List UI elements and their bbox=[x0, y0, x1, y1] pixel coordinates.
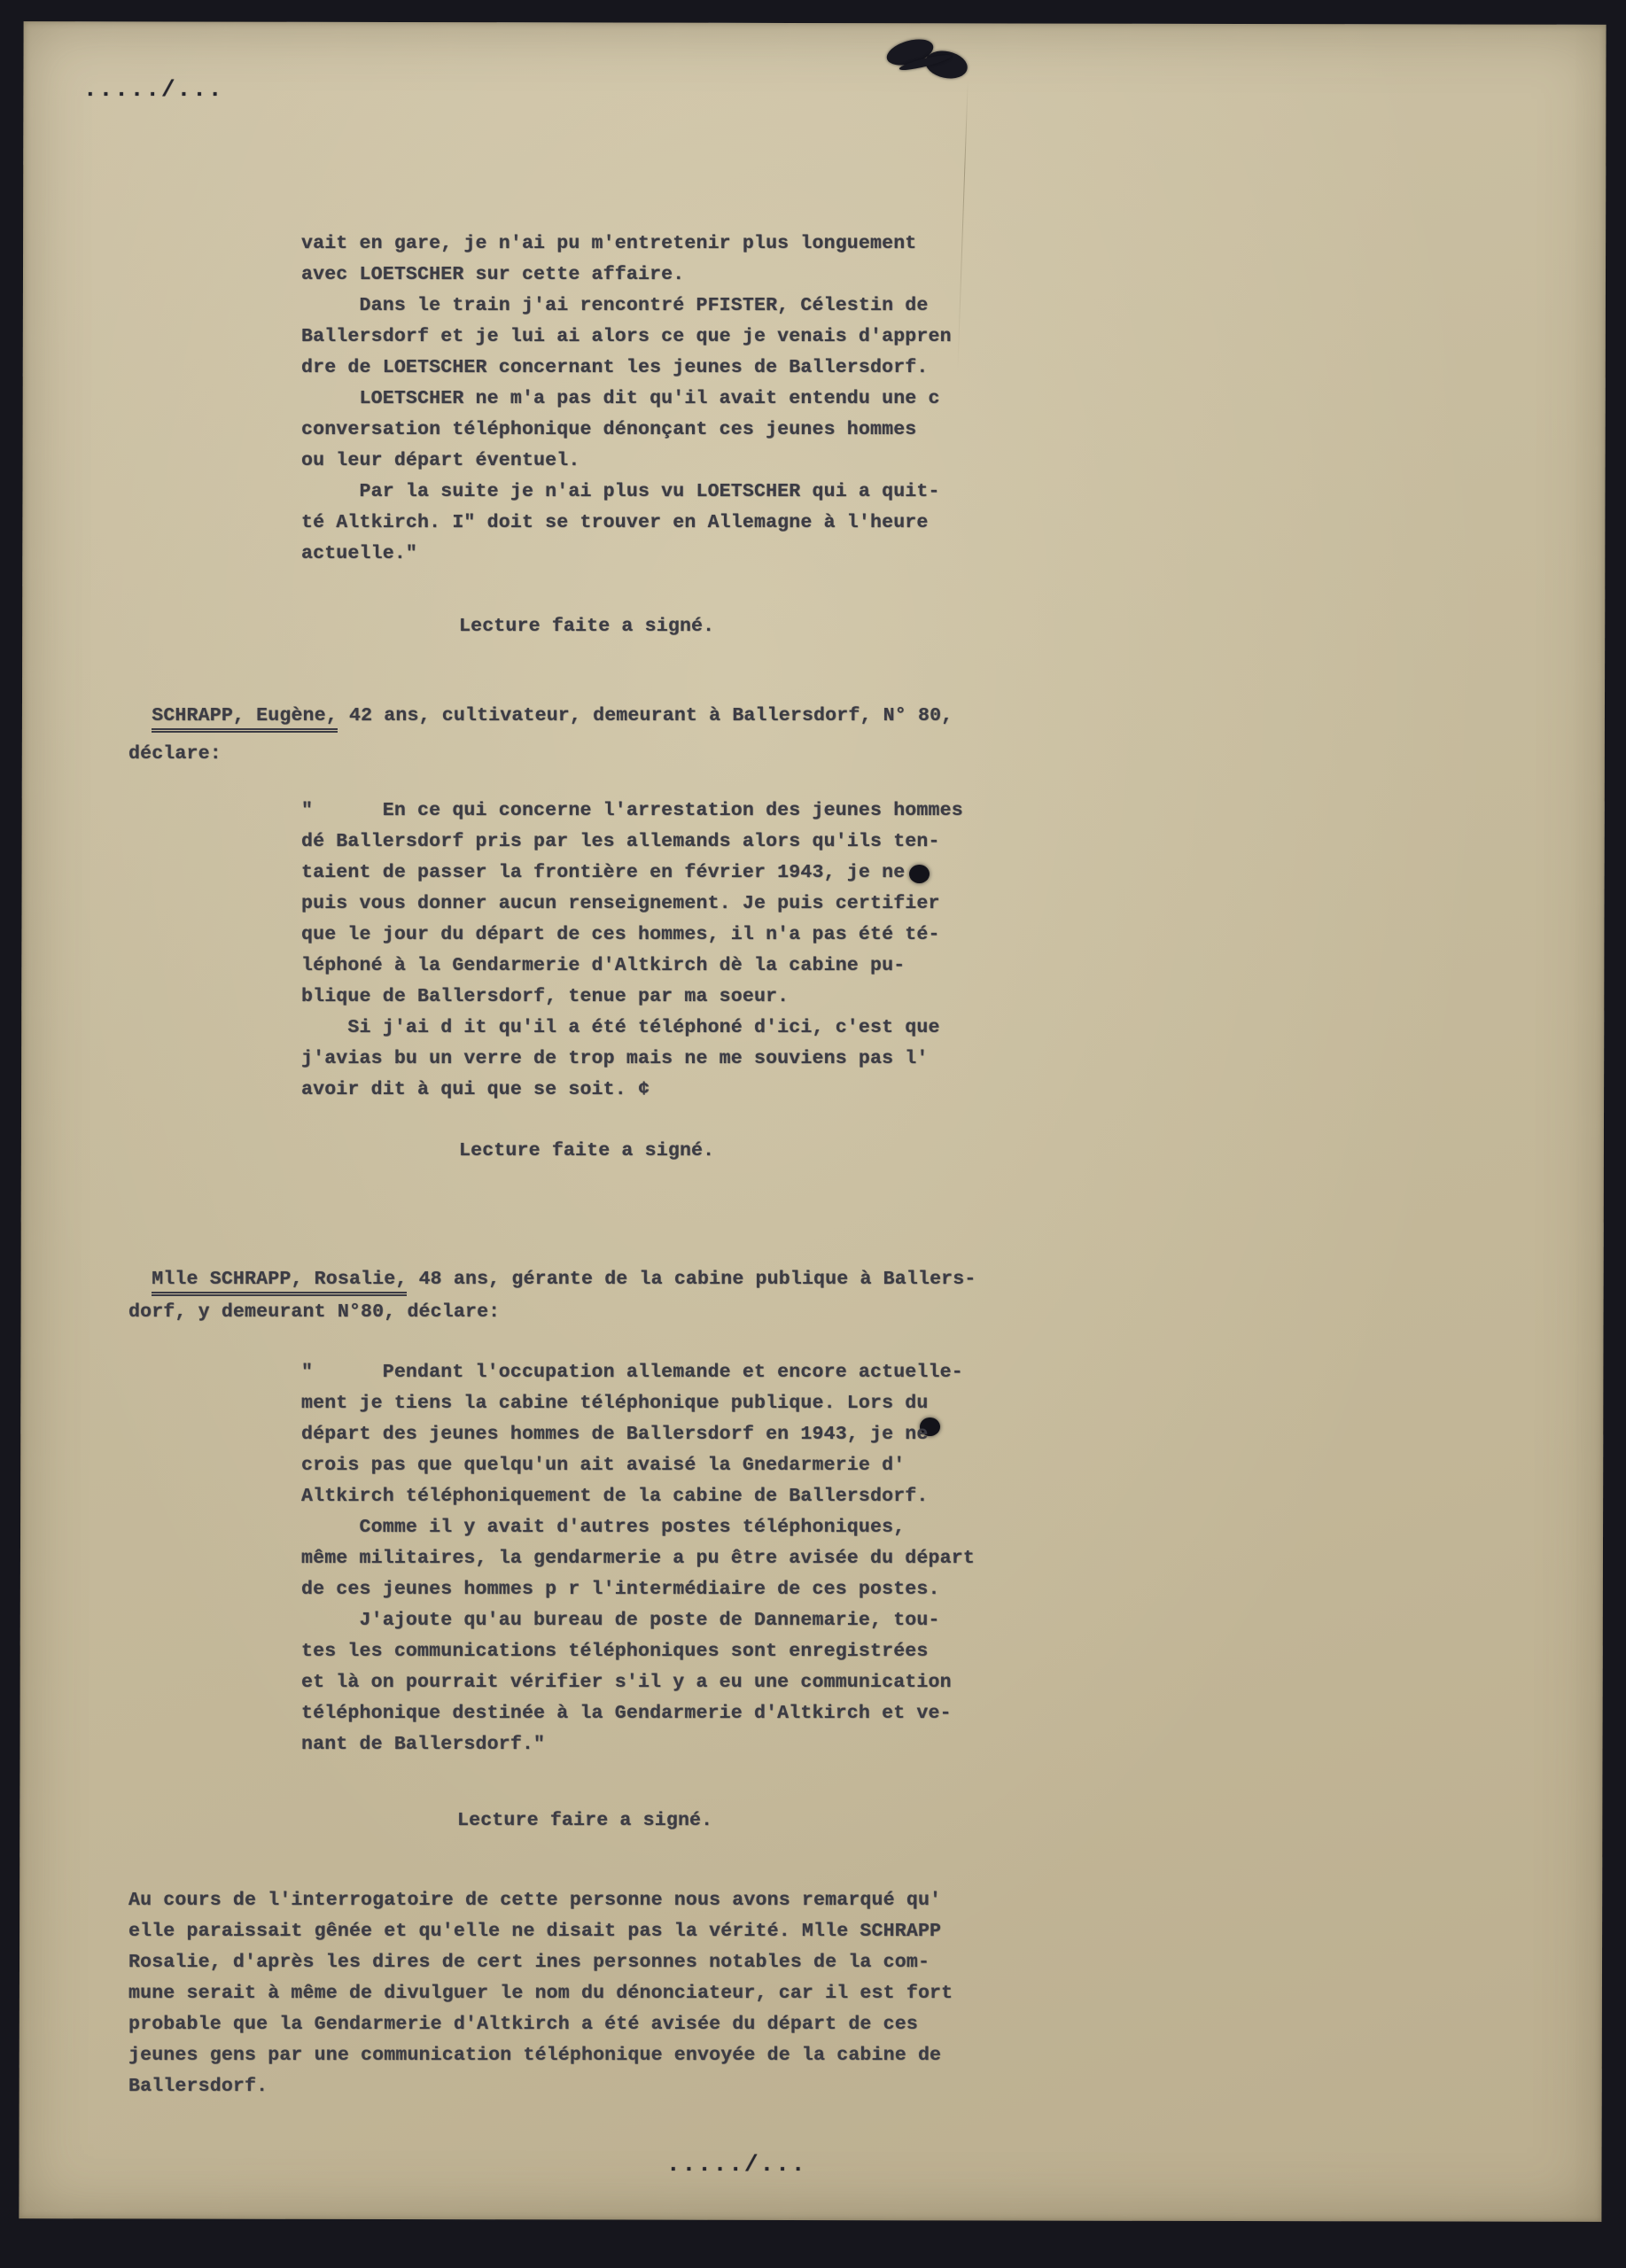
witness-rosalie-name: Mlle SCHRAPP, Rosalie, bbox=[152, 1269, 407, 1296]
text-line: et là on pourrait vérifier s'il y a eu u… bbox=[301, 1667, 975, 1698]
signature-line-3: Lecture faire a signé. bbox=[457, 1806, 712, 1837]
witness-eugene-name: SCHRAPP, Eugène, bbox=[152, 705, 338, 733]
continuation-mark-bottom: ...../... bbox=[666, 2151, 806, 2178]
text-line: elle paraissait gênée et qu'elle ne disa… bbox=[128, 1916, 953, 1947]
text-line: taient de passer la frontière en février… bbox=[301, 858, 963, 889]
witness-rosalie-heading-line2: dorf, y demeurant N°80, déclare: bbox=[128, 1297, 500, 1328]
text-line: que le jour du départ de ces hommes, il … bbox=[301, 920, 963, 951]
text-line: de ces jeunes hommes p r l'intermédiaire… bbox=[301, 1574, 975, 1605]
text-line: " Pendant l'occupation allemande et enco… bbox=[301, 1357, 975, 1388]
text-line: vait en gare, je n'ai pu m'entretenir pl… bbox=[301, 229, 952, 260]
witness-rosalie-heading: Mlle SCHRAPP, Rosalie, 48 ans, gérante d… bbox=[128, 1233, 976, 1295]
text-line: LOETSCHER ne m'a pas dit qu'il avait ent… bbox=[301, 384, 952, 415]
witness-rosalie-details: 48 ans, gérante de la cabine publique à … bbox=[407, 1269, 976, 1290]
text-line: j'avias bu un verre de trop mais ne me s… bbox=[301, 1044, 963, 1075]
text-line: Ballersdorf. bbox=[128, 2071, 953, 2102]
text-line: actuelle." bbox=[301, 539, 952, 570]
text-line: crois pas que quelqu'un ait avaisé la Gn… bbox=[301, 1450, 975, 1481]
text-line: léphoné à la Gendarmerie d'Altkirch dè l… bbox=[301, 951, 963, 982]
witness-eugene-details: 42 ans, cultivateur, demeurant à Ballers… bbox=[338, 705, 953, 726]
text-line: ou leur départ éventuel. bbox=[301, 446, 952, 477]
text-line: conversation téléphonique dénonçant ces … bbox=[301, 415, 952, 446]
text-line: Ballersdorf et je lui ai alors ce que je… bbox=[301, 322, 952, 353]
text-line: mune serait à même de divulguer le nom d… bbox=[128, 1978, 953, 2009]
text-line: avec LOETSCHER sur cette affaire. bbox=[301, 260, 952, 291]
closing-paragraph: Au cours de l'interrogatoire de cette pe… bbox=[128, 1885, 953, 2102]
signature-line-1: Lecture faite a signé. bbox=[459, 611, 714, 642]
witness-eugene-declare-label: déclare: bbox=[128, 739, 222, 770]
text-line: probable que la Gendarmerie d'Altkirch a… bbox=[128, 2009, 953, 2040]
text-line: dre de LOETSCHER concernant les jeunes d… bbox=[301, 353, 952, 384]
text-line: même militaires, la gendarmerie a pu êtr… bbox=[301, 1543, 975, 1574]
witness-eugene-heading: SCHRAPP, Eugène, 42 ans, cultivateur, de… bbox=[128, 670, 953, 732]
text-line: " En ce qui concerne l'arrestation des j… bbox=[301, 796, 963, 827]
text-line: Au cours de l'interrogatoire de cette pe… bbox=[128, 1885, 953, 1916]
text-line: ment je tiens la cabine téléphonique pub… bbox=[301, 1388, 975, 1419]
text-line: J'ajoute qu'au bureau de poste de Dannem… bbox=[301, 1605, 975, 1636]
text-line: puis vous donner aucun renseignement. Je… bbox=[301, 889, 963, 920]
text-line: té Altkirch. I" doit se trouver en Allem… bbox=[301, 508, 952, 539]
statement-rosalie: " Pendant l'occupation allemande et enco… bbox=[301, 1357, 975, 1760]
text-line: jeunes gens par une communication téléph… bbox=[128, 2040, 953, 2071]
text-line: Rosalie, d'après les dires de cert ines … bbox=[128, 1947, 953, 1978]
text-line: Altkirch téléphoniquement de la cabine d… bbox=[301, 1481, 975, 1512]
text-line: tes les communications téléphoniques son… bbox=[301, 1636, 975, 1667]
text-line: départ des jeunes hommes de Ballersdorf … bbox=[301, 1419, 975, 1450]
text-line: téléphonique destinée à la Gendarmerie d… bbox=[301, 1698, 975, 1729]
text-line: dé Ballersdorf pris par les allemands al… bbox=[301, 827, 963, 858]
text-line: avoir dit à qui que se soit. ¢ bbox=[301, 1075, 963, 1106]
text-line: blique de Ballersdorf, tenue par ma soeu… bbox=[301, 982, 963, 1013]
text-line: Si j'ai d it qu'il a été téléphoné d'ici… bbox=[301, 1013, 963, 1044]
continuation-mark-top: ...../... bbox=[83, 76, 223, 103]
text-line: Comme il y avait d'autres postes télépho… bbox=[301, 1512, 975, 1543]
statement-previous-witness: vait en gare, je n'ai pu m'entretenir pl… bbox=[301, 229, 952, 570]
signature-line-2: Lecture faite a signé. bbox=[459, 1136, 714, 1167]
text-line: Par la suite je n'ai plus vu LOETSCHER q… bbox=[301, 477, 952, 508]
statement-eugene: " En ce qui concerne l'arrestation des j… bbox=[301, 796, 963, 1106]
text-line: Dans le train j'ai rencontré PFISTER, Cé… bbox=[301, 291, 952, 322]
text-line: nant de Ballersdorf." bbox=[301, 1729, 975, 1760]
